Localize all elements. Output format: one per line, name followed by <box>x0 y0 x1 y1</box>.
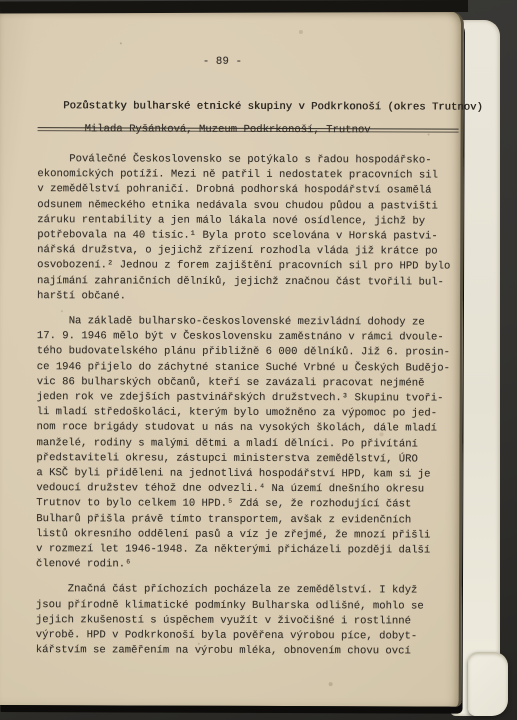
text-line: Trutnov to bylo celkem 10 HPD.⁵ Zdá se, … <box>36 497 460 514</box>
page-corner-curl <box>468 652 508 716</box>
text-line: Na základě bulharsko-československé mezi… <box>37 314 461 331</box>
document-title-text: Pozůstatky bulharské etnické skupiny v P… <box>63 100 483 113</box>
paragraph: Poválečné Československo se potýkalo s ř… <box>37 152 462 306</box>
text-line: ce 1946 přijelo do záchytné stanice Such… <box>37 360 461 377</box>
text-line: Bulharů přišla právě tímto transportem, … <box>36 512 460 529</box>
text-line: tého budovatelského plánu přibližně 6 00… <box>37 345 461 362</box>
text-line: v rozmezí let 1946-1948. Za některými př… <box>36 542 460 559</box>
text-line: jeden rok ve zdejších pastvinářských dru… <box>37 390 461 407</box>
text-line: osvobození.² Jednou z forem zajištění pr… <box>37 259 461 276</box>
text-line: 17. 9. 1946 mělo být v Československu za… <box>37 329 461 346</box>
document-body: Poválečné Československo se potýkalo s ř… <box>36 152 462 660</box>
text-line: v zemědělství pohraničí. Drobná podhorsk… <box>37 183 461 200</box>
document-page: - 89 - Pozůstatky bulharské etnické skup… <box>0 10 464 707</box>
text-line: manželé, rodiny s malými dětmi a mladí d… <box>36 436 460 453</box>
text-line: li mladí středoškoláci, kterým bylo umož… <box>37 405 461 422</box>
text-line: představiteli okresu, zástupci ministers… <box>36 451 460 468</box>
page-number: - 89 - <box>203 56 242 68</box>
text-line: výrobě. HPD v Podkrkonoší byla pověřena … <box>36 628 460 645</box>
text-line: potřebovala na 40 tisíc.¹ Byla proto sce… <box>37 228 461 245</box>
text-line: odsunem německého etnika nedávala svou c… <box>37 198 461 215</box>
text-line: ekonomických potíží. Mezi ně patřil i ne… <box>37 167 461 184</box>
scanner-edge-top <box>0 0 468 13</box>
text-line: jsou přírodně klimatické podmínky Bulhar… <box>36 598 460 615</box>
scan-background: { "page": { "page_number": "- 89 -", "ti… <box>0 0 517 720</box>
paragraph: Značná část příchozích pocházela ze země… <box>36 583 460 660</box>
text-line: vedoucí družstev téhož dne odvezli.⁴ Na … <box>36 481 460 498</box>
paragraph: Na základě bulharsko-československé mezi… <box>36 314 461 574</box>
text-line: vic 86 bulharských občanů, kteří se zavá… <box>37 375 461 392</box>
text-line: jejich zkušeností s úspěchem využít v ži… <box>36 613 460 630</box>
text-line: a KSČ byli přiděleni na jednotlivá hospo… <box>36 466 460 483</box>
text-line: nom roce brigády studovat u nás na vysok… <box>37 421 461 438</box>
text-line: Značná část příchozích pocházela ze země… <box>36 583 460 600</box>
text-line: najímání zahraničních dělníků, jejichž z… <box>37 274 461 291</box>
text-line: listů okresního oddělení pasů a víz je z… <box>36 527 460 544</box>
text-line: Poválečné Československo se potýkalo s ř… <box>37 152 461 169</box>
text-line: členové rodin.⁶ <box>36 557 460 574</box>
text-line: kářstvím se zaměřením na výrobu mléka, o… <box>36 643 460 660</box>
text-line: nářská družstva, o jejichž zřízení rozho… <box>37 243 461 260</box>
text-line: harští občané. <box>37 289 461 306</box>
author-line: Milada Ryšánková, Muzeum Podkrkonoší, Tr… <box>85 123 371 136</box>
text-line: záruku rentability a jen málo lákala nov… <box>37 213 461 230</box>
